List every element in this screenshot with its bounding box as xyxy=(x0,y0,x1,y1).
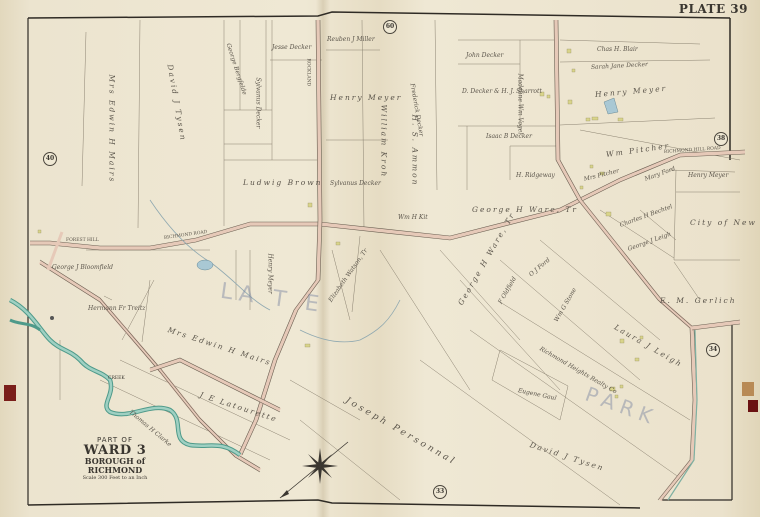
map-title-block: PART OF WARD 3 BOROUGH of RICHMOND Scale… xyxy=(60,436,170,481)
edge-stain xyxy=(748,400,758,412)
owner-label: Mrs Edwin H Mairs xyxy=(108,75,117,184)
owner-label: D. Decker & H. J. Sharrott xyxy=(462,88,542,95)
owner-label: Reuben J Miller xyxy=(327,36,375,43)
owner-label: Hermann Fr Treitz xyxy=(88,305,145,312)
title-scale: Scale 300 Feet to an Inch xyxy=(60,475,170,481)
adjoining-plate-33[interactable]: 33 xyxy=(433,485,447,499)
compass-rose xyxy=(280,442,348,498)
owner-label: H. Ridgeway xyxy=(516,172,555,179)
owner-label: George J Bloomfield xyxy=(52,264,113,271)
adjoining-plate-40[interactable]: 40 xyxy=(43,152,57,166)
owner-label: John Decker xyxy=(466,52,503,59)
adjoining-plate-38[interactable]: 38 xyxy=(714,132,728,146)
owner-label: E. M. Gerlich xyxy=(660,296,737,305)
owner-label: Wm H Kit xyxy=(398,214,428,221)
owner-label: Jesse Decker xyxy=(272,44,311,51)
road-label: FOREST HILL xyxy=(66,238,99,243)
adjoining-plate-60[interactable]: 60 xyxy=(383,20,397,34)
owner-label: Henry Meyer xyxy=(688,172,728,179)
owner-label: William Kroh xyxy=(380,105,389,179)
owner-label: Sylvanus Decker xyxy=(255,78,262,129)
edge-stain xyxy=(4,385,16,401)
owner-label: Sylvanus Decker xyxy=(330,180,381,187)
owner-label: Henry Meyer xyxy=(330,93,402,102)
edge-stain xyxy=(742,382,754,396)
owner-label: Chas H. Blair xyxy=(597,46,638,53)
structure-marker xyxy=(50,316,54,320)
adjoining-plate-34[interactable]: 34 xyxy=(706,343,720,357)
road-label: ROCKLAND xyxy=(306,59,311,87)
owner-label: Ludwig Brown xyxy=(243,178,322,187)
owner-label: City of New York xyxy=(690,218,760,227)
pond xyxy=(197,260,213,270)
plate-number: PLATE 39 xyxy=(679,2,748,16)
title-borough: BOROUGH of RICHMOND xyxy=(60,457,170,475)
owner-label: Madeline Wm Vogel xyxy=(517,74,524,135)
owner-label: Isaac B Decker xyxy=(486,133,532,140)
creek-label: CREEK xyxy=(108,376,125,381)
owner-label: George H Ware, Tr xyxy=(472,205,578,214)
owner-label: Henry Meyer xyxy=(267,254,274,294)
